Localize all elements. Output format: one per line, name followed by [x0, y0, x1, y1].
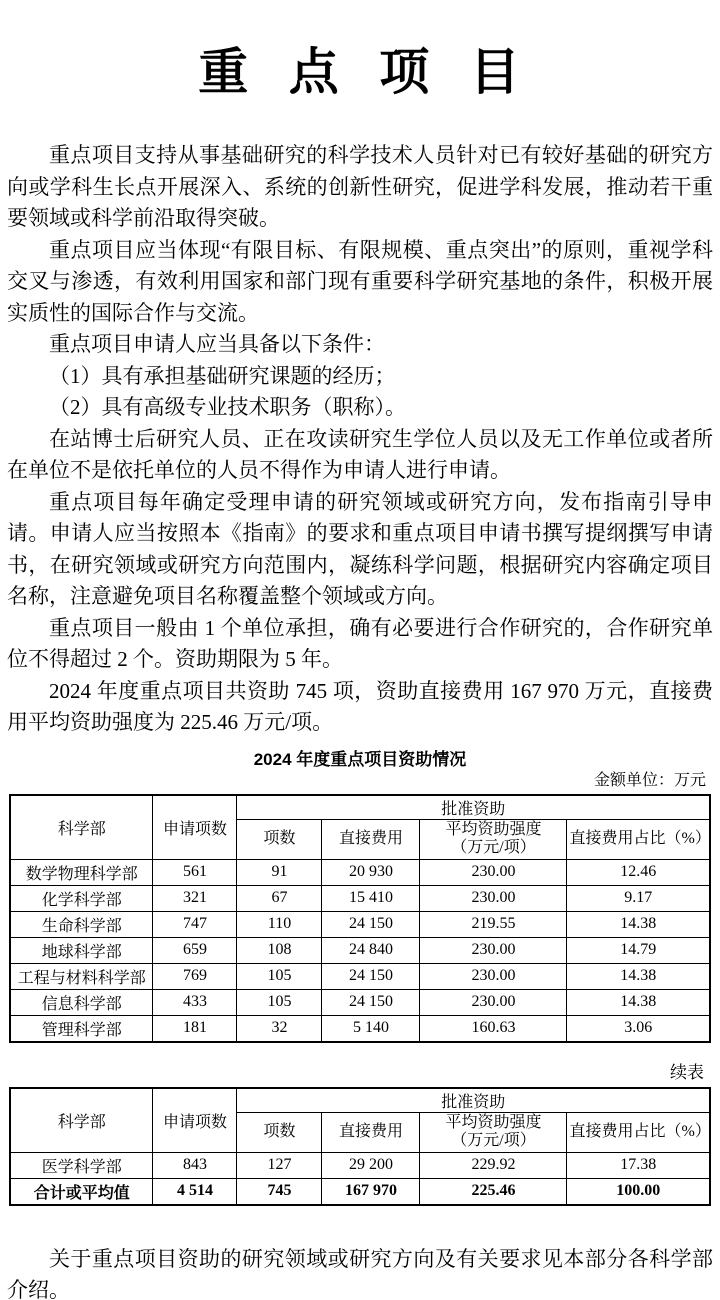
header-avg-line1: 平均资助强度: [422, 821, 564, 839]
cell-pct: 14.38: [567, 989, 710, 1015]
cell-count: 91: [237, 859, 322, 885]
cell-count: 105: [237, 989, 322, 1015]
paragraph-3: 重点项目申请人应当具备以下条件：: [7, 329, 713, 361]
header-applied: 申请项数: [153, 795, 237, 860]
cell-dept: 工程与材料科学部: [10, 963, 153, 989]
cell-applied: 747: [153, 911, 237, 937]
cell-avg: 219.55: [420, 911, 567, 937]
cell-pct: 17.38: [567, 1152, 710, 1178]
cell-direct-cost: 20 930: [322, 859, 420, 885]
cell-pct: 12.46: [567, 859, 710, 885]
header-avg-line1: 平均资助强度: [422, 1114, 564, 1132]
cell-applied: 321: [153, 885, 237, 911]
cell-avg: 160.63: [420, 1015, 567, 1042]
cell-applied: 843: [153, 1152, 237, 1178]
header-direct-cost: 直接费用: [322, 1112, 420, 1152]
header-pct: 直接费用占比（%）: [567, 819, 710, 859]
table-row: 医学科学部 843 127 29 200 229.92 17.38: [10, 1152, 710, 1178]
paragraph-2: 重点项目应当体现“有限目标、有限规模、重点突出”的原则，重视学科交叉与渗透，有效…: [7, 235, 713, 330]
cell-avg: 230.00: [420, 937, 567, 963]
table-row-total: 合计或平均值 4 514 745 167 970 225.46 100.00: [10, 1178, 710, 1205]
cell-avg: 229.92: [420, 1152, 567, 1178]
cell-pct: 14.38: [567, 911, 710, 937]
paragraph-4-item-1: （1）具有承担基础研究课题的经历；: [7, 361, 713, 393]
unit-note: 金额单位：万元: [0, 771, 706, 791]
cell-applied: 433: [153, 989, 237, 1015]
header-count: 项数: [237, 819, 322, 859]
cell-avg: 230.00: [420, 989, 567, 1015]
cell-count: 127: [237, 1152, 322, 1178]
cell-dept: 地球科学部: [10, 937, 153, 963]
closing-text: 关于重点项目资助的研究领域或研究方向及有关要求见本部分各科学部介绍。: [7, 1244, 713, 1300]
cell-pct: 100.00: [567, 1178, 710, 1205]
cell-direct-cost: 5 140: [322, 1015, 420, 1042]
cell-direct-cost: 24 150: [322, 989, 420, 1015]
cell-direct-cost: 24 840: [322, 937, 420, 963]
cell-dept: 化学科学部: [10, 885, 153, 911]
paragraph-1: 重点项目支持从事基础研究的科学技术人员针对已有较好基础的研究方向或学科生长点开展…: [7, 140, 713, 235]
header-dept: 科学部: [10, 1088, 153, 1153]
cell-dept: 医学科学部: [10, 1152, 153, 1178]
cell-count: 32: [237, 1015, 322, 1042]
paragraph-5-item-2: （2）具有高级专业技术职务（职称）。: [7, 392, 713, 424]
header-approved-group: 批准资助: [237, 795, 710, 820]
cell-avg: 225.46: [420, 1178, 567, 1205]
cell-applied: 659: [153, 937, 237, 963]
header-pct: 直接费用占比（%）: [567, 1112, 710, 1152]
cell-avg: 230.00: [420, 859, 567, 885]
paragraph-7: 重点项目每年确定受理申请的研究领域或研究方向，发布指南引导申请。申请人应当按照本…: [7, 487, 713, 613]
cell-applied: 769: [153, 963, 237, 989]
cell-count: 110: [237, 911, 322, 937]
paragraph-6: 在站博士后研究人员、正在攻读研究生学位人员以及无工作单位或者所在单位不是依托单位…: [7, 424, 713, 487]
cell-dept: 合计或平均值: [10, 1178, 153, 1205]
header-approved-group: 批准资助: [237, 1088, 710, 1113]
table-row: 化学科学部 321 67 15 410 230.00 9.17: [10, 885, 710, 911]
cell-direct-cost: 24 150: [322, 911, 420, 937]
table-row: 数学物理科学部 561 91 20 930 230.00 12.46: [10, 859, 710, 885]
table-row: 管理科学部 181 32 5 140 160.63 3.06: [10, 1015, 710, 1042]
header-dept: 科学部: [10, 795, 153, 860]
cell-direct-cost: 167 970: [322, 1178, 420, 1205]
header-avg-line2: （万元/项）: [422, 839, 564, 857]
paragraph-9: 2024 年度重点项目共资助 745 项，资助直接费用 167 970 万元，直…: [7, 676, 713, 739]
header-direct-cost: 直接费用: [322, 819, 420, 859]
cell-dept: 管理科学部: [10, 1015, 153, 1042]
header-applied: 申请项数: [153, 1088, 237, 1153]
table-row: 地球科学部 659 108 24 840 230.00 14.79: [10, 937, 710, 963]
table-caption: 2024 年度重点项目资助情况: [0, 749, 720, 771]
cell-pct: 14.38: [567, 963, 710, 989]
cell-avg: 230.00: [420, 963, 567, 989]
closing-paragraph: 关于重点项目资助的研究领域或研究方向及有关要求见本部分各科学部介绍。: [7, 1244, 713, 1300]
funding-table-1: 科学部 申请项数 批准资助 项数 直接费用 平均资助强度 （万元/项） 直接费用…: [9, 794, 711, 1043]
header-count: 项数: [237, 1112, 322, 1152]
paragraph-8: 重点项目一般由 1 个单位承担，确有必要进行合作研究的，合作研究单位不得超过 2…: [7, 613, 713, 676]
cell-direct-cost: 24 150: [322, 963, 420, 989]
header-avg-line2: （万元/项）: [422, 1132, 564, 1150]
cell-applied: 181: [153, 1015, 237, 1042]
cell-avg: 230.00: [420, 885, 567, 911]
cell-direct-cost: 15 410: [322, 885, 420, 911]
cell-dept: 信息科学部: [10, 989, 153, 1015]
cell-pct: 14.79: [567, 937, 710, 963]
continued-table-label: 续表: [0, 1063, 704, 1083]
cell-applied: 561: [153, 859, 237, 885]
document-page: 重 点 项 目 重点项目支持从事基础研究的科学技术人员针对已有较好基础的研究方向…: [0, 0, 720, 1300]
cell-direct-cost: 29 200: [322, 1152, 420, 1178]
cell-count: 67: [237, 885, 322, 911]
cell-count: 105: [237, 963, 322, 989]
cell-count: 108: [237, 937, 322, 963]
cell-applied: 4 514: [153, 1178, 237, 1205]
cell-dept: 生命科学部: [10, 911, 153, 937]
table-row: 信息科学部 433 105 24 150 230.00 14.38: [10, 989, 710, 1015]
table-row: 生命科学部 747 110 24 150 219.55 14.38: [10, 911, 710, 937]
cell-pct: 9.17: [567, 885, 710, 911]
body-text: 重点项目支持从事基础研究的科学技术人员针对已有较好基础的研究方向或学科生长点开展…: [7, 140, 713, 739]
table-row: 工程与材料科学部 769 105 24 150 230.00 14.38: [10, 963, 710, 989]
funding-table-2: 科学部 申请项数 批准资助 项数 直接费用 平均资助强度 （万元/项） 直接费用…: [9, 1087, 711, 1206]
header-avg-intensity: 平均资助强度 （万元/项）: [420, 819, 567, 859]
cell-dept: 数学物理科学部: [10, 859, 153, 885]
header-avg-intensity: 平均资助强度 （万元/项）: [420, 1112, 567, 1152]
cell-pct: 3.06: [567, 1015, 710, 1042]
cell-count: 745: [237, 1178, 322, 1205]
page-title: 重 点 项 目: [0, 44, 720, 100]
